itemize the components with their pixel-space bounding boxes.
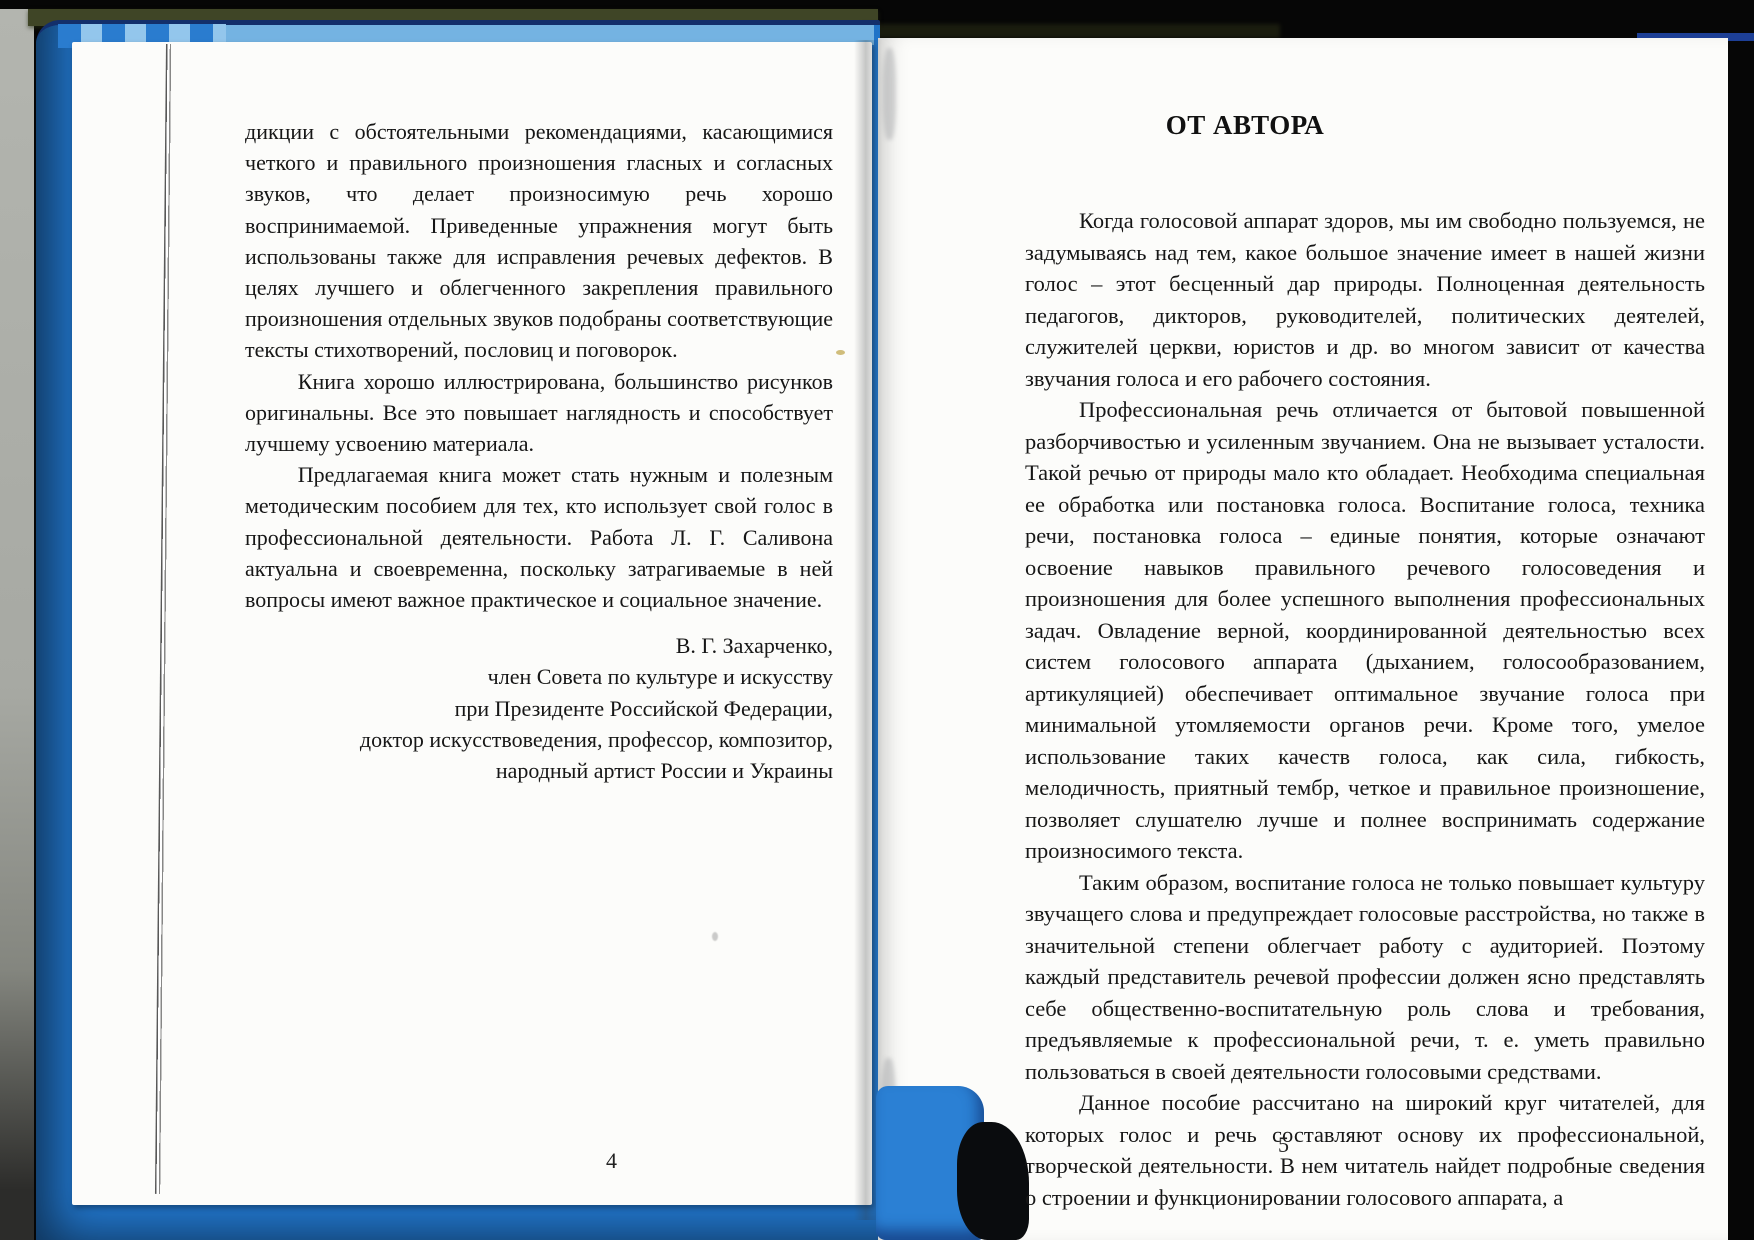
cover-corner-shadow xyxy=(957,1122,1029,1240)
signature-line: народный артист России и Украины xyxy=(245,755,833,786)
book-gutter-shadow xyxy=(854,40,882,1220)
page-number-right: 5 xyxy=(1278,1132,1289,1158)
signature-line: В. Г. Захарченко, xyxy=(245,630,833,661)
signature-line: член Совета по культуре и искусству xyxy=(245,661,833,692)
scan-speck xyxy=(712,932,718,941)
paragraph: Профессиональная речь отличается от быто… xyxy=(1025,394,1705,867)
scanner-background-band-right xyxy=(860,24,1280,38)
paragraph: Данное пособие рассчитано на широкий кру… xyxy=(1025,1087,1705,1213)
scan-speck xyxy=(1303,973,1312,977)
scanner-edge-strip xyxy=(0,9,34,1240)
page-number-left: 4 xyxy=(606,1148,617,1174)
left-page-text: дикции с обстоятельными рекомендациями, … xyxy=(245,116,833,786)
right-page-text: Когда голосовой аппарат здоров, мы им св… xyxy=(1025,205,1705,1213)
paragraph: Когда голосовой аппарат здоров, мы им св… xyxy=(1025,205,1705,394)
signature-block: В. Г. Захарченко, член Совета по культур… xyxy=(245,630,833,786)
paragraph: дикции с обстоятельными рекомендациями, … xyxy=(245,116,833,366)
signature-line: доктор искусствоведения, профессор, комп… xyxy=(245,724,833,755)
paragraph: Предлагаемая книга может стать нужным и … xyxy=(245,459,833,615)
book-scan-spread: дикции с обстоятельными рекомендациями, … xyxy=(0,0,1754,1240)
paragraph: Книга хорошо иллюстрирована, большинство… xyxy=(245,366,833,460)
signature-line: при Президенте Российской Федерации, xyxy=(245,693,833,724)
scan-speck xyxy=(836,350,845,355)
gutter-smudge-top xyxy=(883,48,896,140)
section-title: ОТ АВТОРА xyxy=(1025,110,1465,141)
paragraph: Таким образом, воспитание голоса не толь… xyxy=(1025,867,1705,1088)
